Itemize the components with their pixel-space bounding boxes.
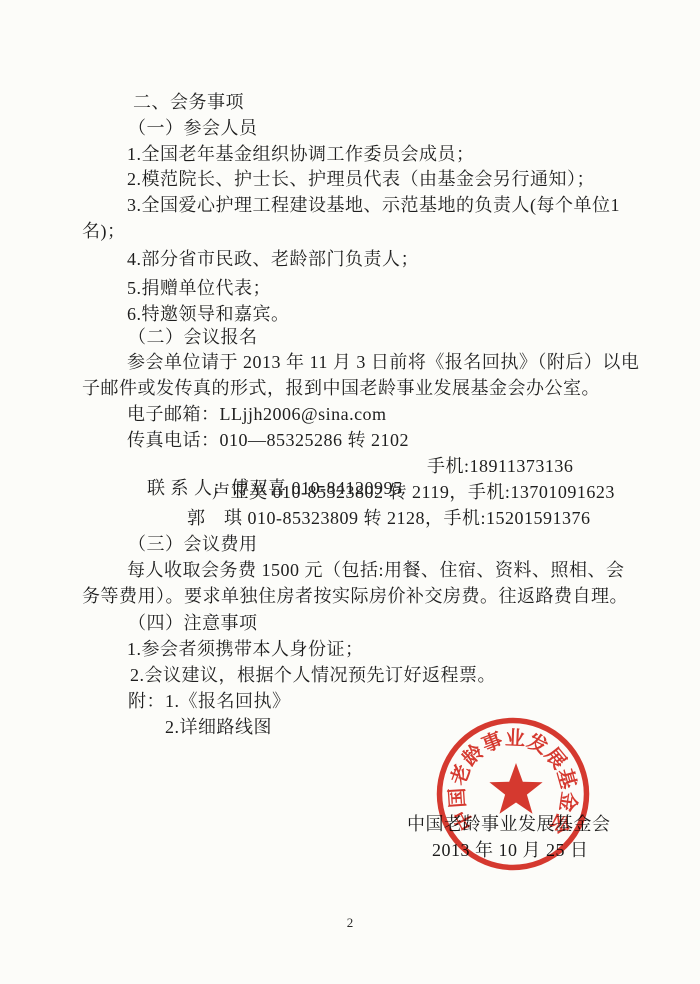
subsection-heading: （一）参会人员 [128,117,258,139]
text-line: 6.特邀领导和嘉宾。 [127,303,290,325]
text-line: 参会单位请于 2013 年 11 月 3 日前将《报名回执》（附后）以电 [127,351,639,373]
subsection-heading: （二）会议报名 [128,326,258,348]
text-line: 1.全国老年基金组织协调工作委员会成员； [127,143,475,165]
email-line: 电子邮箱：LLjjh2006@sina.com [127,403,387,425]
official-seal: 中国老龄事业发展基金会 [435,716,591,872]
text-line: 1.参会者须携带本人身份证； [127,638,364,660]
attachment-line: 附：1.《报名回执》 [128,690,291,712]
contact-mobile: 手机:18911373136 [427,455,573,477]
section-heading: 二、会务事项 [133,91,244,113]
attachment-line: 2.详细路线图 [165,716,272,738]
text-line: 2.模范院长、护士长、护理员代表（由基金会另行通知）； [127,168,595,190]
text-line: 子邮件或发传真的形式，报到中国老龄事业发展基金会办公室。 [82,377,600,399]
text-line: 3.全国爱心护理工程建设基地、示范基地的负责人(每个单位1 [127,194,620,216]
star-icon [489,763,542,814]
document-page: 二、会务事项 （一）参会人员 1.全国老年基金组织协调工作委员会成员； 2.模范… [0,0,700,984]
text-line: 务等费用）。要求单独住房者按实际房价补交房费。往返路费自理。 [82,585,628,607]
text-line: 2.会议建议，根据个人情况预先订好返程票。 [130,664,496,686]
subsection-heading: （四）注意事项 [128,612,258,634]
text-line: 4.部分省市民政、老龄部门负责人； [127,248,419,270]
contact-line: 郭 琪 010-85323809 转 2128，手机:15201591376 [187,507,591,529]
text-line: 5.捐赠单位代表； [127,277,271,299]
contact-line: 卢亚美 010-85323802 转 2119，手机:13701091623 [212,481,615,503]
subsection-heading: （三）会议费用 [128,533,258,555]
page-number: 2 [0,915,700,931]
fax-line: 传真电话：010—85325286 转 2102 [127,429,409,451]
text-line: 名)； [82,220,126,242]
text-line: 每人收取会务费 1500 元（包括:用餐、住宿、资料、照相、会 [127,559,625,581]
